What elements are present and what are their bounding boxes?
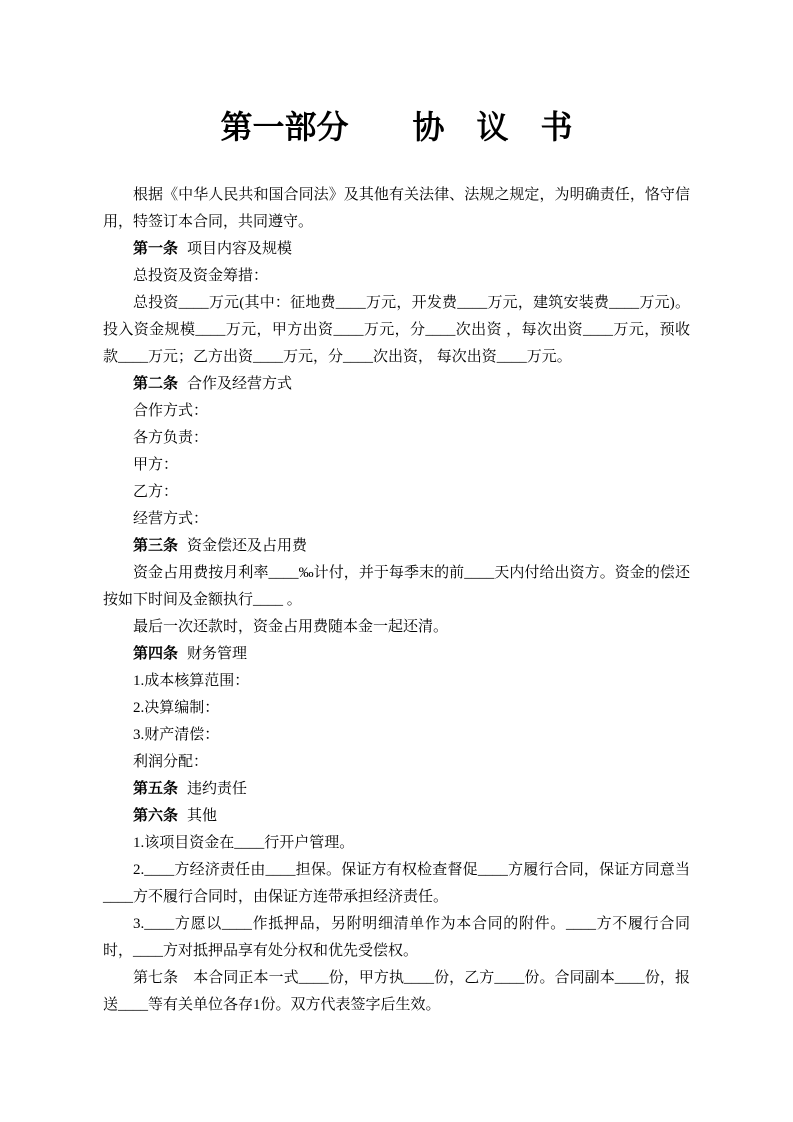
paragraph-clause-7: 第七条 本合同正本一式____份，甲方执____份，乙方____份。合同副本__…	[103, 965, 690, 1019]
clause-2-heading: 第二条合作及经营方式	[103, 371, 690, 398]
clause-6-heading: 第六条其他	[103, 803, 690, 830]
paragraph-other-item-1: 1.该项目资金在____行开户管理。	[103, 830, 690, 857]
clause-2-title: 合作及经营方式	[187, 376, 292, 392]
document-title: 第一部分 协 议 书	[103, 104, 690, 150]
paragraph-profit-distribution: 利润分配：	[103, 749, 690, 776]
clause-6-title: 其他	[187, 808, 217, 824]
paragraph-final-accounts: 2.决算编制：	[103, 695, 690, 722]
clause-5-label: 第五条	[133, 781, 178, 797]
clause-6-label: 第六条	[133, 808, 178, 824]
paragraph-investment-details: 总投资____万元(其中：征地费____万元，开发费____万元，建筑安装费__…	[103, 290, 690, 371]
paragraph-preamble: 根据《中华人民共和国合同法》及其他有关法律、法规之规定，为明确责任，恪守信用，特…	[103, 182, 690, 236]
paragraph-final-repayment: 最后一次还款时，资金占用费随本金一起还清。	[103, 614, 690, 641]
clause-3-title: 资金偿还及占用费	[187, 538, 307, 554]
clause-4-label: 第四条	[133, 646, 178, 662]
clause-3-heading: 第三条资金偿还及占用费	[103, 533, 690, 560]
clause-3-label: 第三条	[133, 538, 178, 554]
paragraph-fund-occupation-fee: 资金占用费按月利率____‰计付，并于每季末的前____天内付给出资方。资金的偿…	[103, 560, 690, 614]
paragraph-funding-intro: 总投资及资金筹措：	[103, 263, 690, 290]
paragraph-party-a: 甲方：	[103, 452, 690, 479]
clause-1-title: 项目内容及规模	[187, 241, 292, 257]
clause-2-label: 第二条	[133, 376, 178, 392]
paragraph-property-liquidation: 3.财产清偿：	[103, 722, 690, 749]
clause-5-title: 违约责任	[187, 781, 247, 797]
clause-1-label: 第一条	[133, 241, 178, 257]
paragraph-responsibilities: 各方负责：	[103, 425, 690, 452]
clause-4-heading: 第四条财务管理	[103, 641, 690, 668]
paragraph-party-b: 乙方：	[103, 479, 690, 506]
paragraph-cooperation-mode: 合作方式：	[103, 398, 690, 425]
clause-1-heading: 第一条项目内容及规模	[103, 236, 690, 263]
paragraph-operation-mode: 经营方式：	[103, 506, 690, 533]
paragraph-other-item-2: 2.____方经济责任由____担保。保证方有权检查督促____方履行合同，保证…	[103, 857, 690, 911]
clause-4-title: 财务管理	[187, 646, 247, 662]
paragraph-cost-accounting: 1.成本核算范围：	[103, 668, 690, 695]
clause-5-heading: 第五条违约责任	[103, 776, 690, 803]
document-page: 第一部分 协 议 书 根据《中华人民共和国合同法》及其他有关法律、法规之规定，为…	[0, 0, 793, 1122]
paragraph-other-item-3: 3.____方愿以____作抵押品，另附明细清单作为本合同的附件。____方不履…	[103, 911, 690, 965]
